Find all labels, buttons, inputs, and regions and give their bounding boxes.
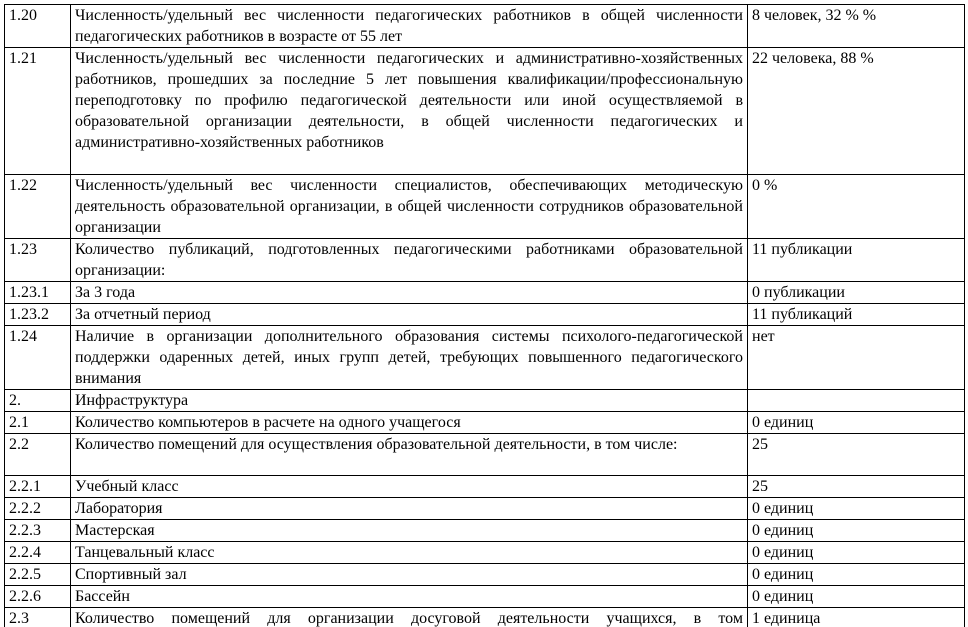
row-number: 2.2.5 [5, 564, 71, 586]
table-row: 1.23 Количество публикаций, подготовленн… [5, 239, 965, 282]
indicator-value: 0 единиц [748, 564, 965, 586]
table-row: 2.2.2 Лаборатория 0 единиц [5, 498, 965, 520]
table-row: 2.1 Количество компьютеров в расчете на … [5, 412, 965, 434]
indicator-name: Спортивный зал [71, 564, 748, 586]
row-number: 1.20 [5, 5, 71, 48]
indicator-value: 0 единиц [748, 586, 965, 608]
indicator-value: 11 публикации [748, 239, 965, 282]
table-row: 1.20 Численность/удельный вес численност… [5, 5, 965, 48]
table-row: 2.2.6 Бассейн 0 единиц [5, 586, 965, 608]
indicator-value: 11 публикаций [748, 304, 965, 326]
table-row: 2.2.1 Учебный класс 25 [5, 476, 965, 498]
row-number: 1.24 [5, 326, 71, 390]
row-number: 2.3 [5, 608, 71, 627]
indicator-value: нет [748, 326, 965, 390]
indicator-name: Количество компьютеров в расчете на одно… [71, 412, 748, 434]
row-number: 2. [5, 390, 71, 412]
indicator-name: За отчетный период [71, 304, 748, 326]
table-row: 1.21 Численность/удельный вес численност… [5, 48, 965, 175]
table-row: 2.3 Количество помещений для организации… [5, 608, 965, 627]
indicator-name: За 3 года [71, 282, 748, 304]
section-heading: Инфраструктура [71, 390, 748, 412]
row-number: 1.23.1 [5, 282, 71, 304]
table-row: 2.2 Количество помещений для осуществлен… [5, 434, 965, 476]
row-number: 2.2.3 [5, 520, 71, 542]
indicator-value: 8 человек, 32 % % [748, 5, 965, 48]
indicator-name: Численность/удельный вес численности спе… [71, 175, 748, 239]
table-row: 1.24 Наличие в организации дополнительно… [5, 326, 965, 390]
indicator-name: Наличие в организации дополнительного об… [71, 326, 748, 390]
indicator-name: Бассейн [71, 586, 748, 608]
indicator-name: Учебный класс [71, 476, 748, 498]
row-number: 2.2.6 [5, 586, 71, 608]
indicator-value: 0 единиц [748, 520, 965, 542]
row-number: 1.22 [5, 175, 71, 239]
table-row: 1.22 Численность/удельный вес численност… [5, 175, 965, 239]
row-number: 2.1 [5, 412, 71, 434]
row-number: 1.23.2 [5, 304, 71, 326]
indicators-table: 1.20 Численность/удельный вес численност… [4, 4, 965, 627]
indicator-name: Танцевальный класс [71, 542, 748, 564]
row-number: 1.23 [5, 239, 71, 282]
row-number: 2.2.1 [5, 476, 71, 498]
indicator-name: Мастерская [71, 520, 748, 542]
row-number: 1.21 [5, 48, 71, 175]
table-row: 1.23.2 За отчетный период 11 публикаций [5, 304, 965, 326]
indicator-value: 0 единиц [748, 498, 965, 520]
indicator-value [748, 390, 965, 412]
indicator-value: 0 единиц [748, 412, 965, 434]
row-number: 2.2 [5, 434, 71, 476]
indicator-name: Количество публикаций, подготовленных пе… [71, 239, 748, 282]
table-row: 2.2.3 Мастерская 0 единиц [5, 520, 965, 542]
indicator-value: 1 единица [748, 608, 965, 627]
indicator-value: 25 [748, 476, 965, 498]
table-row: 2.2.4 Танцевальный класс 0 единиц [5, 542, 965, 564]
indicator-name: Количество помещений для осуществления о… [71, 434, 748, 476]
table-row: 1.23.1 За 3 года 0 публикации [5, 282, 965, 304]
table-row: 2.2.5 Спортивный зал 0 единиц [5, 564, 965, 586]
indicator-name: Численность/удельный вес численности пед… [71, 5, 748, 48]
indicator-value: 25 [748, 434, 965, 476]
indicator-value: 0 единиц [748, 542, 965, 564]
indicator-value: 0 публикации [748, 282, 965, 304]
indicator-value: 0 % [748, 175, 965, 239]
indicator-value: 22 человека, 88 % [748, 48, 965, 175]
indicator-name: Лаборатория [71, 498, 748, 520]
row-number: 2.2.4 [5, 542, 71, 564]
indicator-name: Численность/удельный вес численности пед… [71, 48, 748, 175]
table-row: 2. Инфраструктура [5, 390, 965, 412]
row-number: 2.2.2 [5, 498, 71, 520]
indicator-name: Количество помещений для организации дос… [71, 608, 748, 627]
